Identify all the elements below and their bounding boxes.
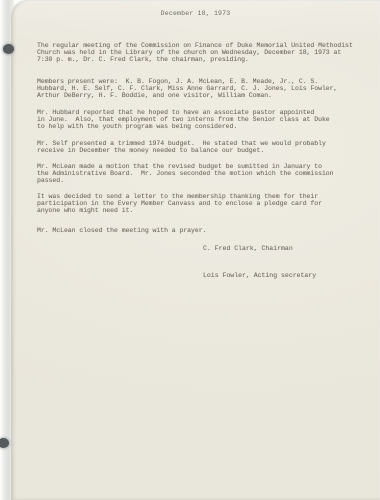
document-date: December 18, 1973 [11, 10, 380, 17]
paragraph-letter-decision: It was decided to send a letter to the m… [37, 193, 322, 215]
paragraph-hubbard-report: Mr. Hubbard reported that he hoped to ha… [37, 109, 330, 131]
paragraph-self-budget: Mr. Self presented a trimmed 1974 budget… [37, 140, 326, 154]
paragraph-members-present: Members present were: K. B. Fogon, J. A.… [37, 78, 337, 100]
signature-secretary: Lois Fowler, Acting secretary [203, 272, 316, 279]
document-page [11, 0, 380, 500]
paragraph-meeting-intro: The regular meeting of the Commission on… [37, 42, 353, 64]
hole-punch-top [3, 44, 14, 54]
signature-chairman: C. Fred Clark, Chairman [203, 245, 293, 252]
scanned-document: December 18, 1973 The regular meeting of… [0, 0, 380, 500]
paragraph-mclean-motion: Mr. McLean made a motion that the revise… [37, 163, 334, 185]
paragraph-closing-prayer: Mr. McLean closed the meeting with a pra… [37, 227, 206, 234]
